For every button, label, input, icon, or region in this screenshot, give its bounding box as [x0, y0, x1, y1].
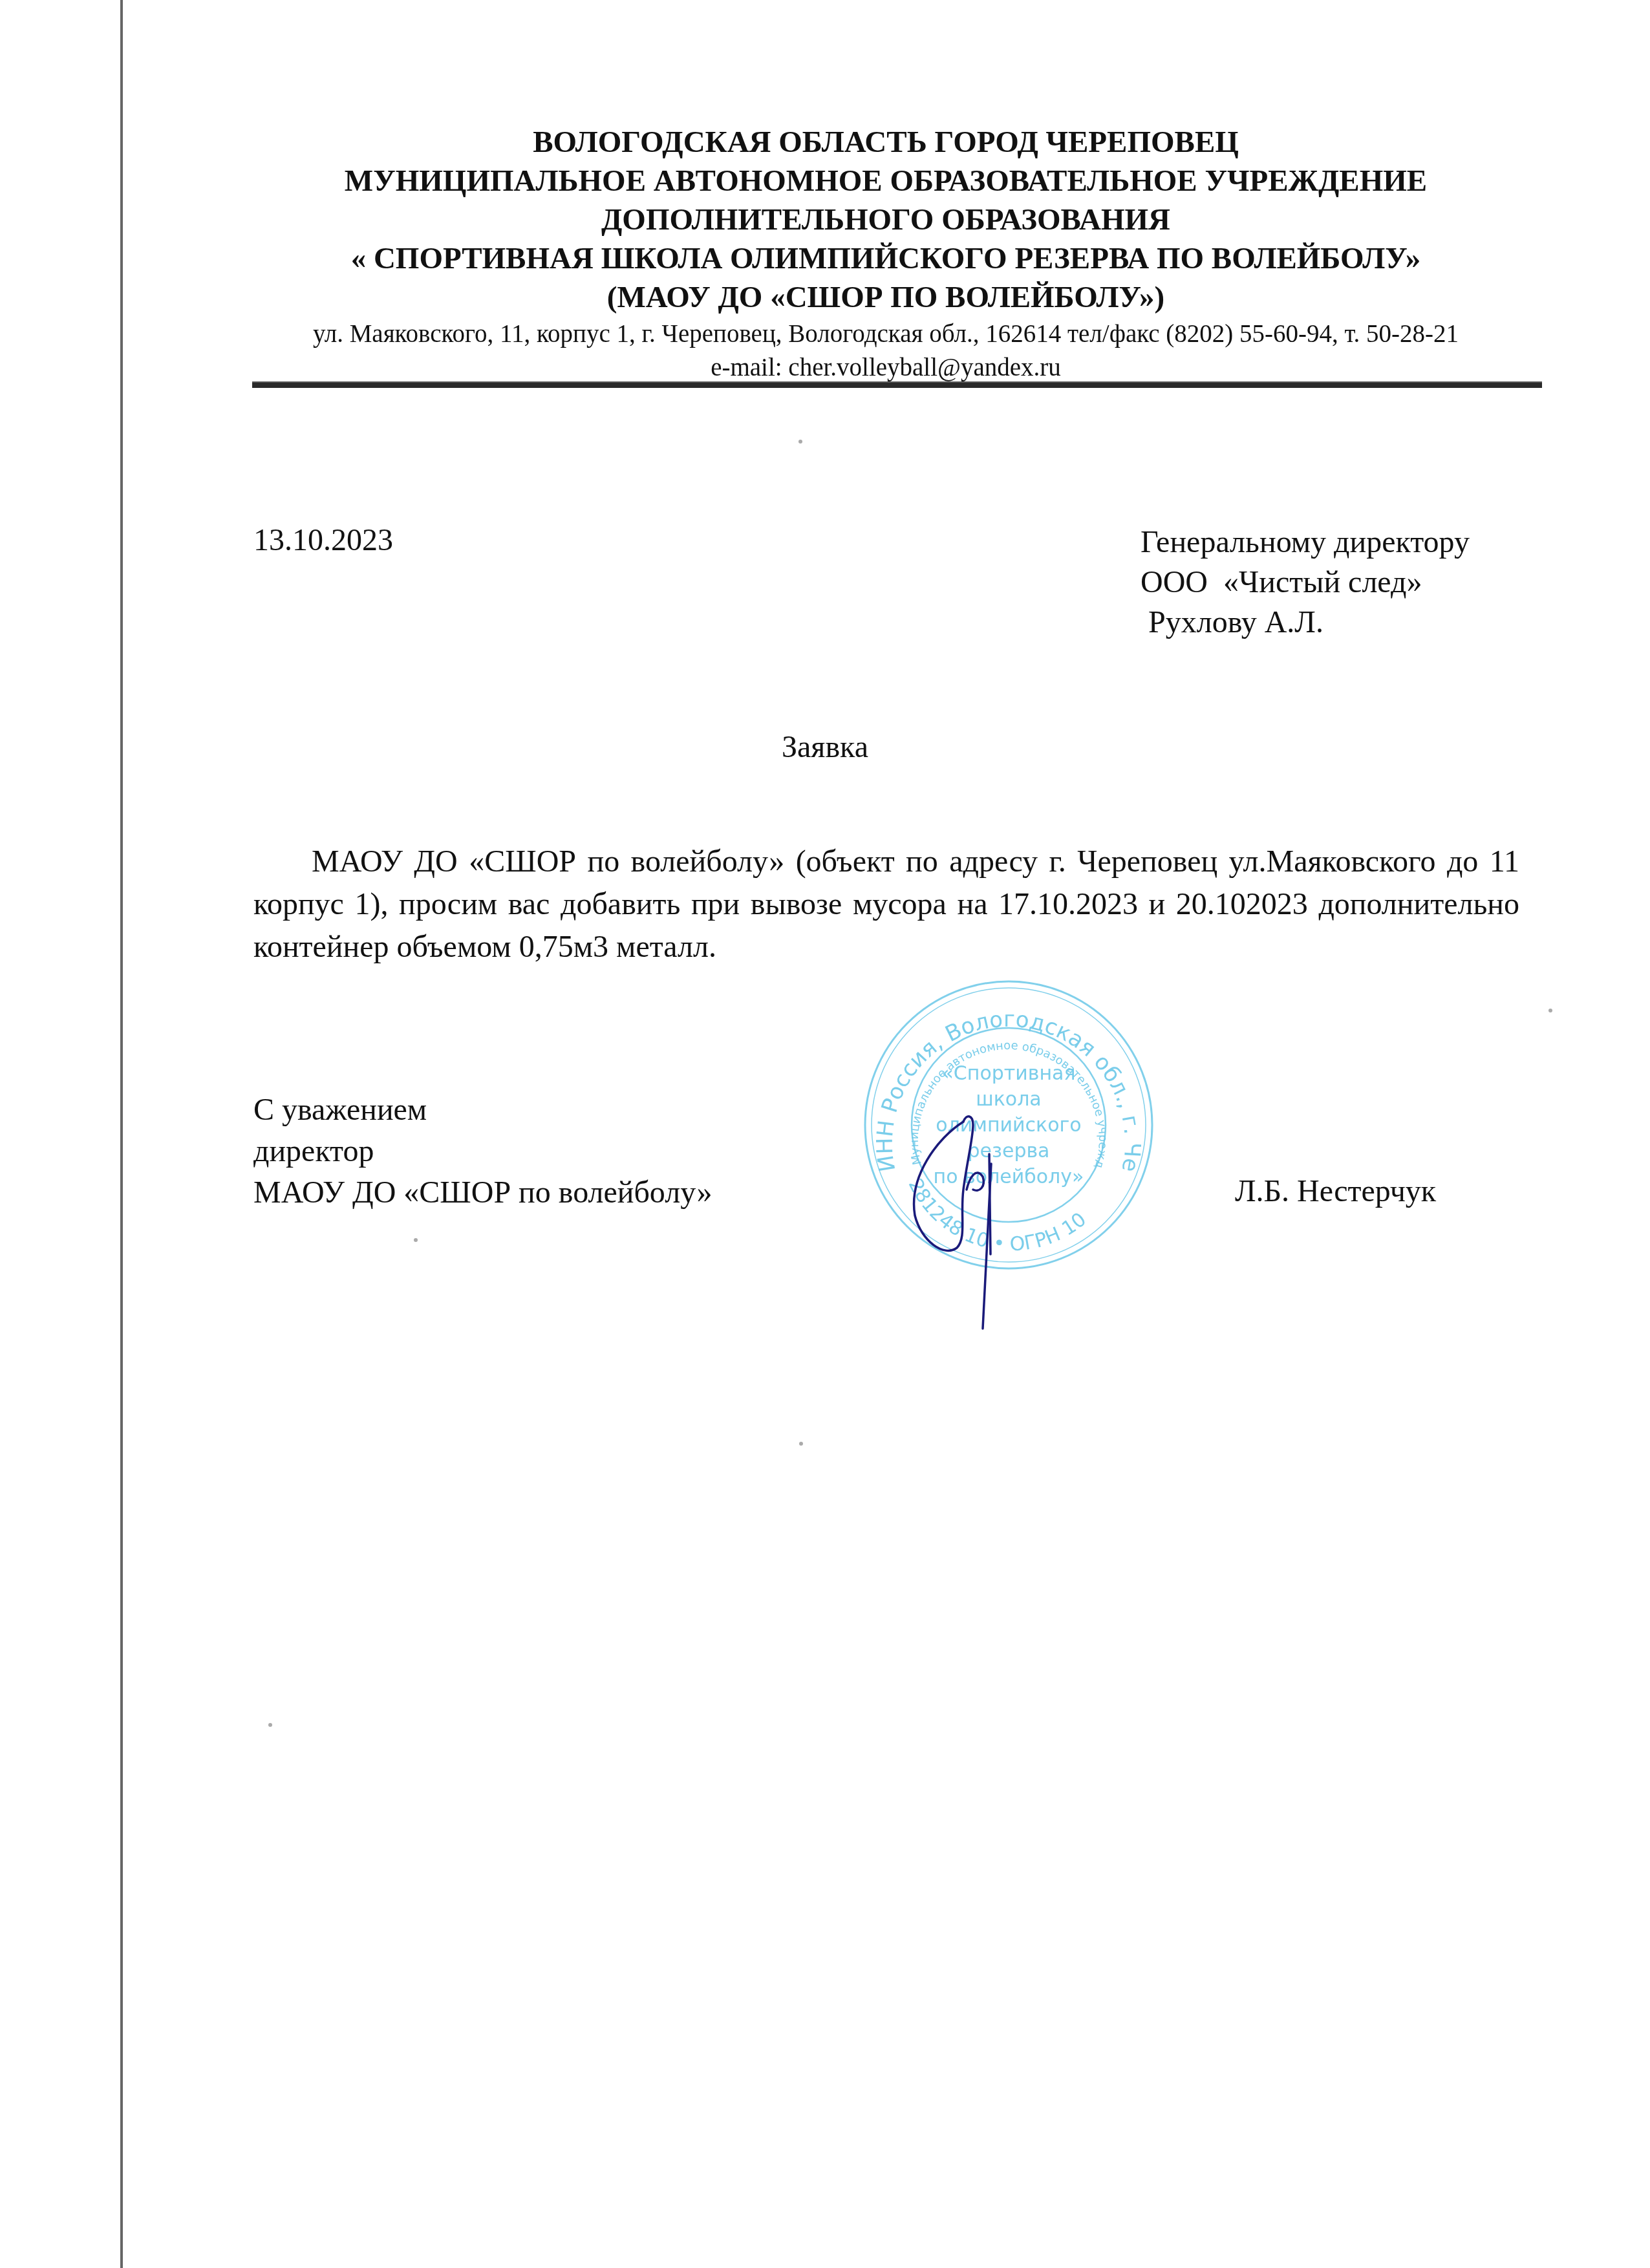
closing-block: С уважением директор МАОУ ДО «СШОР по во… [253, 1089, 712, 1214]
letterhead-address: ул. Маяковского, 11, корпус 1, г. Черепо… [246, 318, 1526, 350]
letterhead-email: e-mail: cher.volleyball@yandex.ru [246, 352, 1526, 384]
scan-speck [414, 1238, 418, 1242]
signer-name: Л.Б. Нестерчук [1235, 1173, 1436, 1209]
letterhead-region: ВОЛОГОДСКАЯ ОБЛАСТЬ ГОРОД ЧЕРЕПОВЕЦ [246, 123, 1526, 162]
letterhead-org-type: МУНИЦИПАЛЬНОЕ АВТОНОМНОЕ ОБРАЗОВАТЕЛЬНОЕ… [246, 162, 1526, 200]
scan-speck [268, 1723, 272, 1727]
closing-organization: МАОУ ДО «СШОР по волейболу» [253, 1172, 712, 1214]
letterhead: ВОЛОГОДСКАЯ ОБЛАСТЬ ГОРОД ЧЕРЕПОВЕЦ МУНИ… [246, 123, 1526, 384]
letterhead-org-short: (МАОУ ДО «СШОР ПО ВОЛЕЙБОЛУ») [246, 278, 1526, 317]
request-body: МАОУ ДО «СШОР по волейболу» (объект по а… [253, 840, 1519, 968]
scan-speck [798, 440, 802, 444]
signature-icon [841, 970, 1196, 1332]
recipient-name: Рухлову А.Л. [1141, 603, 1470, 643]
scan-speck [799, 1442, 803, 1446]
letterhead-org-name: « СПОРТИВНАЯ ШКОЛА ОЛИМПИЙСКОГО РЕЗЕРВА … [246, 239, 1526, 278]
recipient-company: ООО «Чистый след» [1141, 562, 1470, 603]
closing-position: директор [253, 1131, 712, 1172]
header-divider [252, 381, 1542, 388]
document-date: 13.10.2023 [253, 522, 393, 558]
scan-edge-line [120, 0, 123, 2268]
recipient-position: Генеральному директору [1141, 522, 1470, 562]
scan-speck [1548, 1009, 1552, 1012]
letterhead-org-type-2: ДОПОЛНИТЕЛЬНОГО ОБРАЗОВАНИЯ [246, 200, 1526, 239]
document-title: Заявка [0, 729, 1650, 765]
closing-regards: С уважением [253, 1089, 712, 1131]
recipient-block: Генеральному директору ООО «Чистый след»… [1141, 522, 1470, 643]
